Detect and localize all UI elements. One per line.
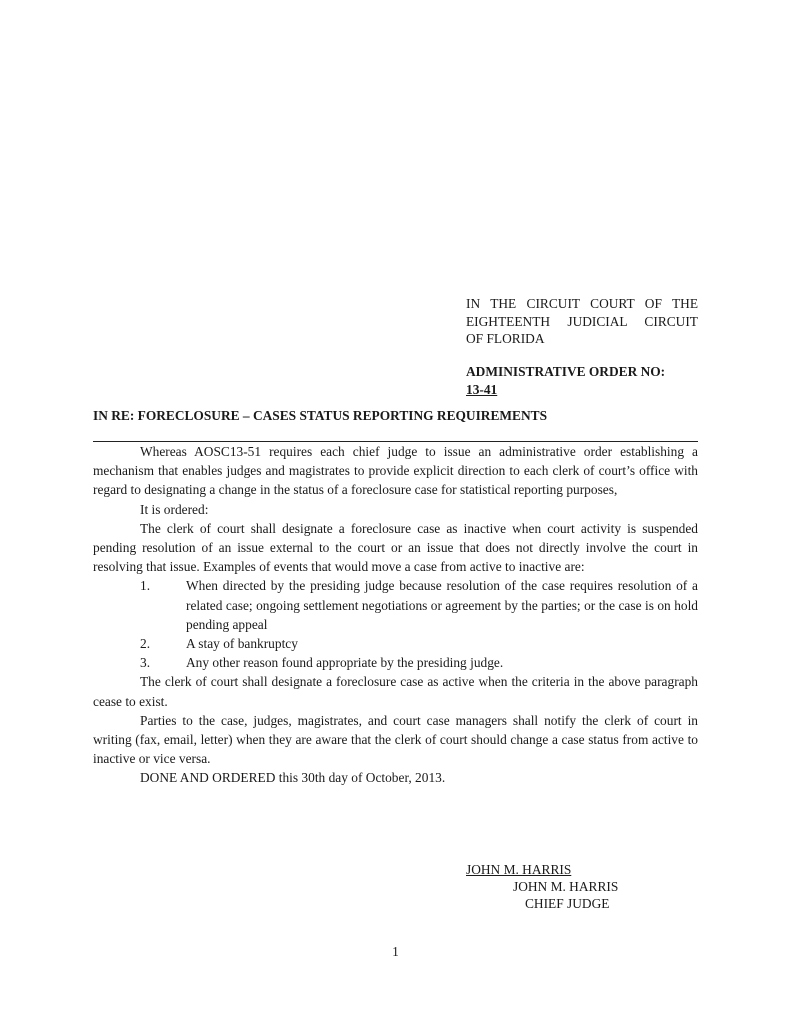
ordered-line: It is ordered: xyxy=(93,500,698,519)
done-and-ordered: DONE AND ORDERED this 30th day of Octobe… xyxy=(93,768,698,787)
court-caption: IN THE CIRCUIT COURT OF THE EIGHTEENTH J… xyxy=(466,295,698,348)
signer-name: JOHN M. HARRIS xyxy=(466,878,618,895)
signature-line: JOHN M. HARRIS xyxy=(466,861,618,878)
list-item-text: Any other reason found appropriate by th… xyxy=(186,653,698,672)
active-paragraph: The clerk of court shall designate a for… xyxy=(93,672,698,710)
court-line-1: IN THE CIRCUIT COURT OF THE xyxy=(466,295,698,313)
order-label: ADMINISTRATIVE ORDER NO: xyxy=(466,363,706,381)
list-item-text: When directed by the presiding judge bec… xyxy=(186,576,698,634)
court-line-2: EIGHTEENTH JUDICIAL CIRCUIT xyxy=(466,313,698,331)
document-title: IN RE: FORECLOSURE – CASES STATUS REPORT… xyxy=(93,408,547,424)
list-item: 1. When directed by the presiding judge … xyxy=(93,576,698,634)
page-number: 1 xyxy=(0,944,791,960)
list-item: 3. Any other reason found appropriate by… xyxy=(93,653,698,672)
whereas-paragraph: Whereas AOSC13-51 requires each chief ju… xyxy=(93,442,698,500)
court-line-3: OF FLORIDA xyxy=(466,330,698,348)
list-item-number: 1. xyxy=(93,576,186,634)
notify-paragraph: Parties to the case, judges, magistrates… xyxy=(93,711,698,769)
signer-title: CHIEF JUDGE xyxy=(466,895,618,912)
list-item-number: 2. xyxy=(93,634,186,653)
inactive-paragraph: The clerk of court shall designate a for… xyxy=(93,519,698,577)
order-number-block: ADMINISTRATIVE ORDER NO: 13-41 xyxy=(466,363,706,398)
list-item-text: A stay of bankruptcy xyxy=(186,634,698,653)
signature-block: JOHN M. HARRIS JOHN M. HARRIS CHIEF JUDG… xyxy=(466,861,618,912)
list-item: 2. A stay of bankruptcy xyxy=(93,634,698,653)
document-body: Whereas AOSC13-51 requires each chief ju… xyxy=(93,442,698,788)
order-number: 13-41 xyxy=(466,382,497,397)
list-item-number: 3. xyxy=(93,653,186,672)
